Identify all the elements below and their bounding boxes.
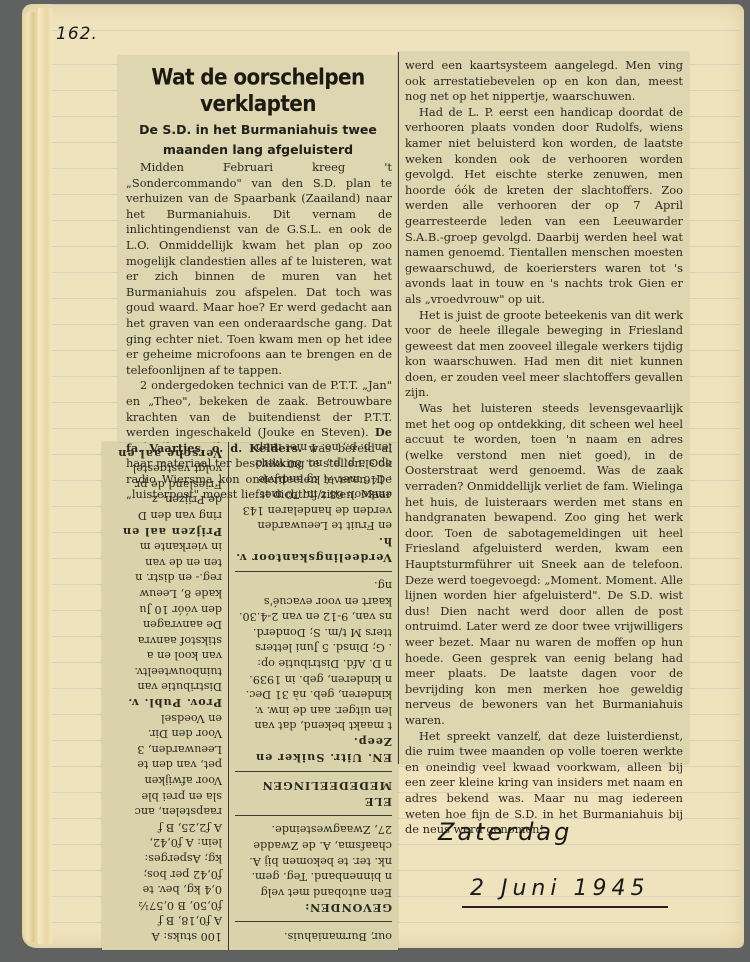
clipping-line: den vóór 10 Ju bbox=[108, 601, 222, 617]
article-body-right: werd een kaartsysteem aangelegd. Men vin… bbox=[399, 52, 689, 838]
article-paragraph: Het is juist de groote beteekenis van di… bbox=[405, 308, 683, 402]
column-divider bbox=[235, 921, 392, 922]
handwritten-date: 2 Juni 1945 bbox=[470, 876, 649, 901]
clipping-line: lein: A ƒ0,42, bbox=[108, 835, 222, 851]
bold-phrase: De fa. Vaartjes, o. d. Kelders. bbox=[126, 425, 392, 455]
article-body-left: Midden Februari kreeg 't „Sondercommando… bbox=[118, 160, 398, 503]
clipping-line: Een autoband met velg bbox=[235, 884, 392, 900]
clipping-line: chaafsma, A. de Zwadde bbox=[235, 837, 392, 853]
clipping-line: our, Burmaniahuis. bbox=[235, 928, 392, 944]
handwritten-underline bbox=[462, 906, 668, 908]
article-column-right: werd een kaartsysteem aangelegd. Men vin… bbox=[398, 52, 689, 764]
clipping-line: De aanvragen bbox=[108, 617, 222, 633]
clipping-line: Prov. Publ. v. bbox=[108, 695, 222, 711]
column-divider bbox=[235, 571, 392, 572]
clipping-line: Leeuwarden, 3 bbox=[108, 741, 222, 757]
clipping-line: Voor den Dir. bbox=[108, 726, 222, 742]
clipping-line: Voor afwijken bbox=[108, 772, 222, 788]
clipping-line: nk. ter. te bekomen bij A. bbox=[235, 853, 392, 869]
clipping-line: in vierkante m bbox=[108, 539, 222, 555]
clipping-line: ns van, 9-12 en van 2-4.30. bbox=[235, 609, 392, 625]
article-paragraph: Was het luisteren steeds levensgevaarlij… bbox=[405, 401, 683, 728]
flipped-content: our, Burmaniahuis.GEVONDEN:Een autoband … bbox=[102, 442, 398, 950]
article-column-left: Wat de oorschelpen verklapten De S.D. in… bbox=[118, 56, 398, 442]
clipping-line: kade 8, Leeuw bbox=[108, 585, 222, 601]
article-paragraph: 2 ondergedoken technici van de P.T.T. „J… bbox=[126, 378, 392, 503]
clipping-line: tuinbouwteeltv. bbox=[108, 663, 222, 679]
upside-down-clipping: our, Burmaniahuis.GEVONDEN:Een autoband … bbox=[102, 442, 398, 950]
article-paragraph: werd een kaartsysteem aangelegd. Men vin… bbox=[405, 58, 683, 105]
clipping-line: . G; Dinsd. 5 Juni letters bbox=[235, 640, 392, 656]
clipping-line: GEVONDEN: bbox=[235, 900, 392, 916]
clipping-line: n binnenband. Teg. gem. bbox=[235, 869, 392, 885]
clipping-line: ng. bbox=[235, 578, 392, 594]
clipping-line: kg; Asperges: bbox=[108, 850, 222, 866]
clipping-line: Verdeelingskantoor v. h. bbox=[235, 533, 392, 564]
clipping-line: 100 stuks: A bbox=[108, 928, 222, 944]
clipping-line: A ƒ2,25, B ƒ bbox=[108, 819, 222, 835]
article-paragraph: Had de L. P. eerst een handicap doordat … bbox=[405, 105, 683, 308]
handwritten-day: Zaterdag bbox=[438, 818, 572, 846]
clipping-line: ring van den D bbox=[108, 507, 222, 523]
clipping-line: reg.- en distr. n bbox=[108, 570, 222, 586]
clipping-line: raapstelen, anc bbox=[108, 804, 222, 820]
clipping-line: verden de handelaren 143 bbox=[235, 502, 392, 518]
clipping-line: kinderen, geb. nà 31 Dec. bbox=[235, 687, 392, 703]
flipped-column-a: our, Burmaniahuis.GEVONDEN:Een autoband … bbox=[228, 442, 398, 950]
clipping-line: ƒ0,42 per bos; bbox=[108, 866, 222, 882]
clipping-line: t maakt bekend, dat van bbox=[235, 718, 392, 734]
page-stack-edge bbox=[22, 12, 38, 942]
clipping-line: ten en de van bbox=[108, 554, 222, 570]
flipped-column-b: 100 stuks: AA ƒ0,18, B ƒƒ0,50, B 0,57½0,… bbox=[102, 442, 228, 950]
clipping-line: kaart en voor evacué's bbox=[235, 593, 392, 609]
clipping-line: EN. Uitr. Suiker en Zeep. bbox=[235, 733, 392, 764]
article-paragraph: Midden Februari kreeg 't „Sondercommando… bbox=[126, 160, 392, 378]
clipping-line: sla en prei ble bbox=[108, 788, 222, 804]
clipping-line: len uitger. aan de inw. v. bbox=[235, 702, 392, 718]
column-divider bbox=[235, 815, 392, 816]
clipping-line: pet, van den te bbox=[108, 757, 222, 773]
clipping-line: van kool en a bbox=[108, 648, 222, 664]
clipping-line: stikstof aanvra bbox=[108, 632, 222, 648]
clipping-line: n kinderen, geb. in 1939. bbox=[235, 671, 392, 687]
clipping-line: en Voedsel bbox=[108, 710, 222, 726]
clipping-line: 0,4 kg, bev. te bbox=[108, 882, 222, 898]
clipping-line: en Fruit te Leeuwarden bbox=[235, 518, 392, 534]
clipping-line: 27, Zwaagwesteinde. bbox=[235, 822, 392, 838]
clipping-line: n D. Afd. Distributie op: bbox=[235, 656, 392, 672]
clipping-line: A ƒ0,18, B ƒ bbox=[108, 913, 222, 929]
clipping-line: ƒ0,50, B 0,57½ bbox=[108, 897, 222, 913]
clipping-line: ELE MEDEDEELINGEN bbox=[235, 778, 392, 809]
column-divider bbox=[235, 771, 392, 772]
page-number: 162. bbox=[56, 24, 98, 44]
clipping-line: Prijzen aal en bbox=[108, 523, 222, 539]
clipping-line: tters M t/m. S; Donderd. bbox=[235, 624, 392, 640]
article-subheadline: De S.D. in het Burmaniahuis twee maanden… bbox=[118, 120, 398, 160]
article-headline: Wat de oorschelpen verklapten bbox=[118, 64, 398, 117]
clipping-line: Distributie van bbox=[108, 679, 222, 695]
page-stack-edge-inner bbox=[38, 8, 52, 944]
